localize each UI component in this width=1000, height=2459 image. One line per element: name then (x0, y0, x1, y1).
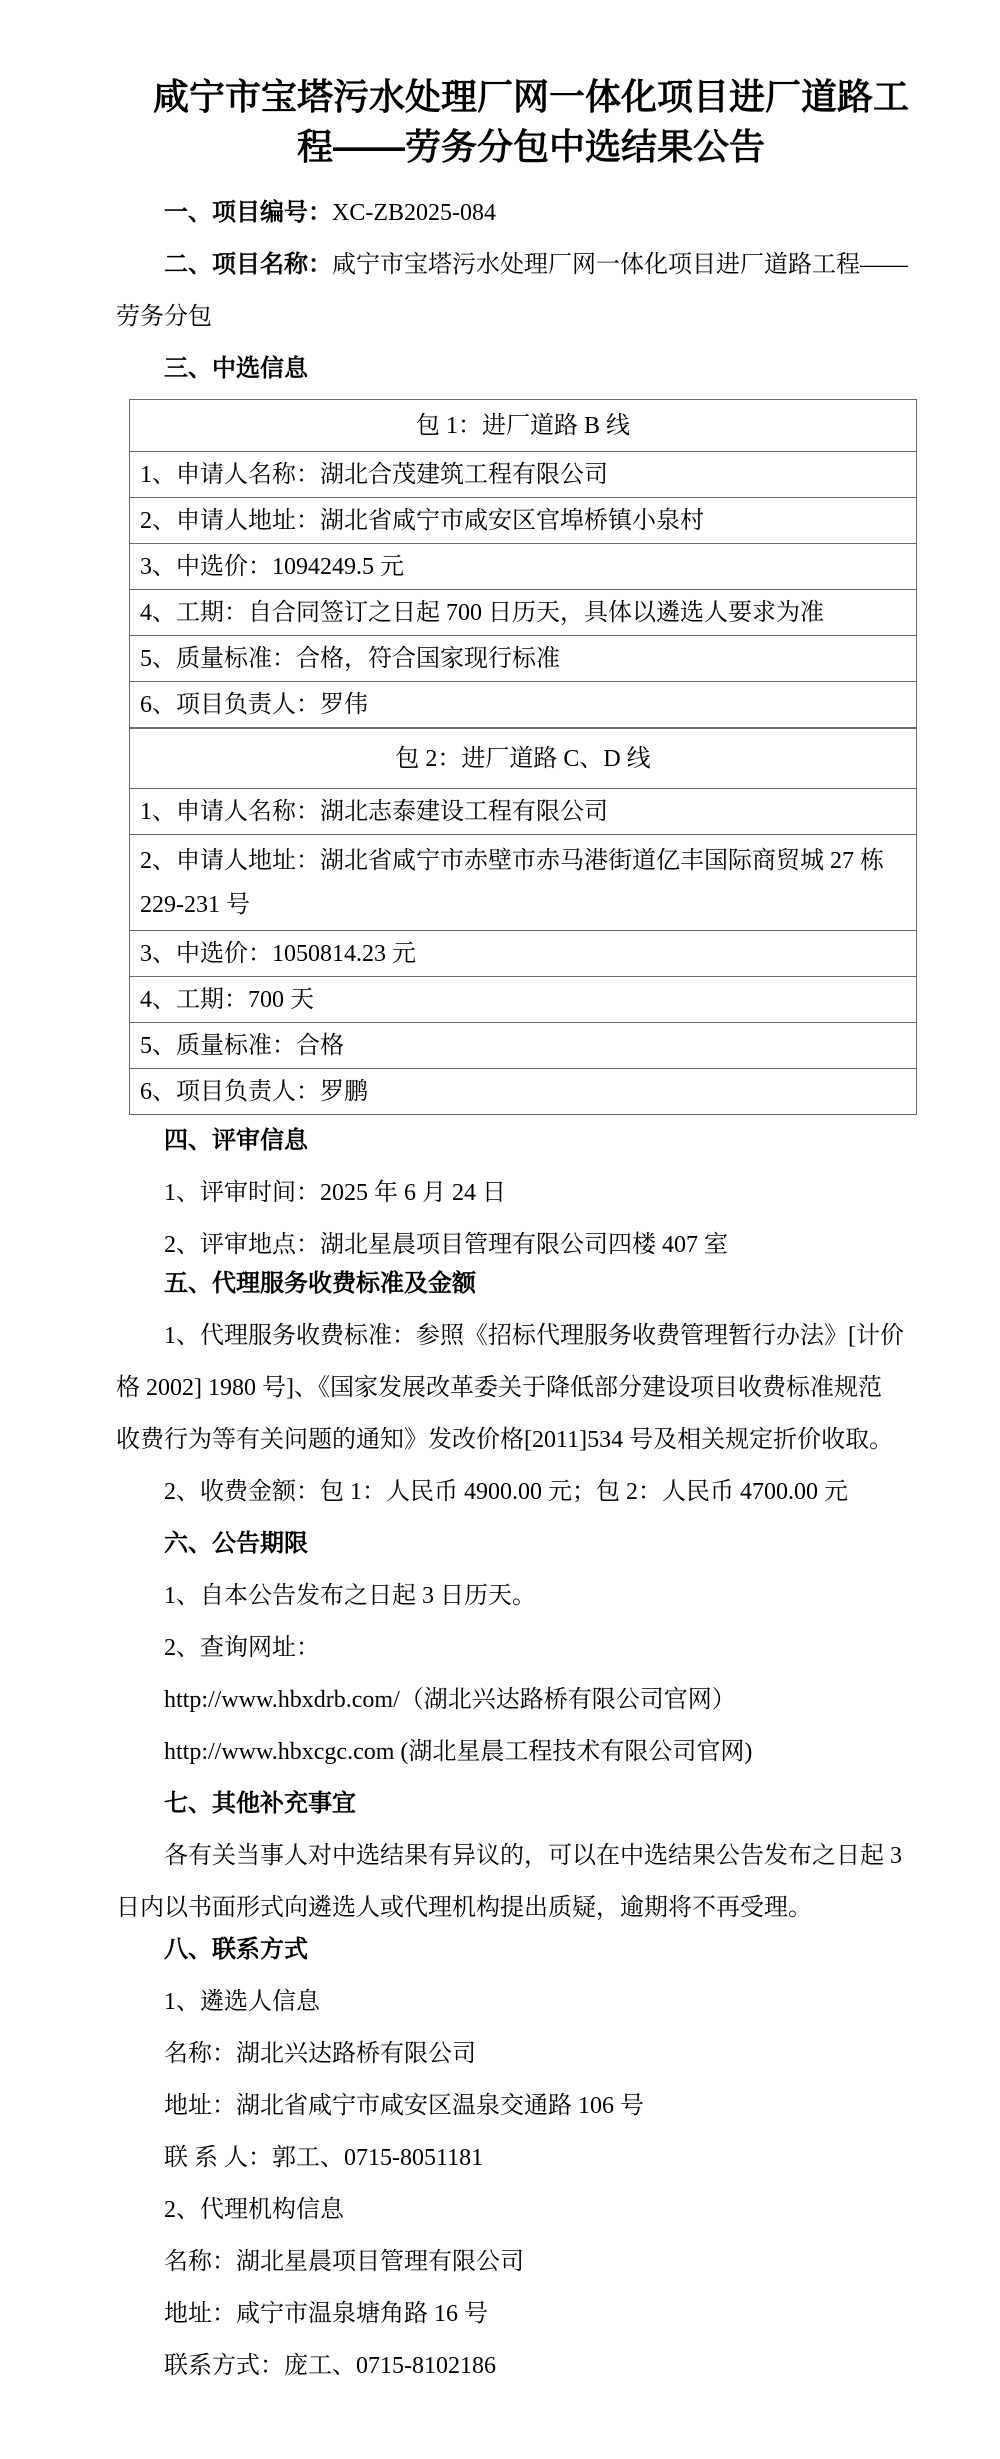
announcement-document-page: 咸宁市宝塔污水处理厂网一体化项目进厂道路工程——劳务分包中选结果公告 一、项目编… (0, 0, 1000, 2459)
project-number-paragraph: 一、项目编号：XC-ZB2025-084 (116, 187, 946, 239)
table-row: 2、申请人地址：湖北省咸宁市赤壁市赤马港街道亿丰国际商贸城 27 栋 229-2… (130, 835, 917, 931)
table-row: 1、申请人名称：湖北合茂建筑工程有限公司 (130, 452, 917, 498)
package2-header-row: 包 2：进厂道路 C、D 线 (130, 729, 917, 789)
announcement-title: 咸宁市宝塔污水处理厂网一体化项目进厂道路工程——劳务分包中选结果公告 (116, 72, 946, 172)
package1-header-row: 包 1：进厂道路 B 线 (130, 400, 917, 452)
query-url-1: http://www.hbxdrb.com/（湖北兴达路桥有限公司官网） (116, 1674, 946, 1726)
agency-name-paragraph: 名称：湖北星晨项目管理有限公司 (116, 2236, 946, 2288)
package2-winning-price-cell: 3、中选价：1050814.23 元 (130, 931, 917, 977)
review-time-paragraph: 1、评审时间：2025 年 6 月 24 日 (116, 1167, 946, 1219)
table-row: 3、中选价：1050814.23 元 (130, 931, 917, 977)
project-number-value: XC-ZB2025-084 (332, 200, 496, 226)
package2-table: 包 2：进厂道路 C、D 线 1、申请人名称：湖北志泰建设工程有限公司 2、申请… (129, 728, 917, 1115)
project-number-label: 一、项目编号： (164, 200, 332, 226)
selector-info-subheading: 1、遴选人信息 (116, 1976, 946, 2028)
package2-header-cell: 包 2：进厂道路 C、D 线 (130, 729, 917, 789)
table-row: 1、申请人名称：湖北志泰建设工程有限公司 (130, 789, 917, 835)
agency-address-paragraph: 地址：咸宁市温泉塘角路 16 号 (116, 2288, 946, 2340)
table-row: 2、申请人地址：湖北省咸宁市咸安区官埠桥镇小泉村 (130, 498, 917, 544)
project-name-label: 二、项目名称： (164, 252, 332, 278)
table-row: 4、工期：自合同签订之日起 700 日历天，具体以遴选人要求为准 (130, 590, 917, 636)
section-heading-selection-info: 三、中选信息 (116, 343, 946, 395)
package1-project-manager-cell: 6、项目负责人：罗伟 (130, 682, 917, 728)
project-name-paragraph: 二、项目名称：咸宁市宝塔污水处理厂网一体化项目进厂道路工程—— 劳务分包 (116, 239, 946, 343)
agency-info-subheading: 2、代理机构信息 (116, 2184, 946, 2236)
package2-quality-standard-cell: 5、质量标准：合格 (130, 1023, 917, 1069)
announcement-title-line-1: 咸宁市宝塔污水处理厂网一体化项目进厂道路工 (116, 72, 946, 122)
announcement-title-line-2: 程——劳务分包中选结果公告 (116, 122, 946, 172)
selector-name-paragraph: 名称：湖北兴达路桥有限公司 (116, 2028, 946, 2080)
package1-applicant-name-cell: 1、申请人名称：湖北合茂建筑工程有限公司 (130, 452, 917, 498)
query-url-label-paragraph: 2、查询网址： (116, 1622, 946, 1674)
package1-header-cell: 包 1：进厂道路 B 线 (130, 400, 917, 452)
package2-applicant-name-cell: 1、申请人名称：湖北志泰建设工程有限公司 (130, 789, 917, 835)
package2-applicant-address-cell: 2、申请人地址：湖北省咸宁市赤壁市赤马港街道亿丰国际商贸城 27 栋 229-2… (130, 835, 917, 931)
query-url-2: http://www.hbxcgc.com (湖北星晨工程技术有限公司官网) (116, 1726, 946, 1778)
package1-applicant-address-cell: 2、申请人地址：湖北省咸宁市咸安区官埠桥镇小泉村 (130, 498, 917, 544)
package1-winning-price-cell: 3、中选价：1094249.5 元 (130, 544, 917, 590)
package2-duration-cell: 4、工期：700 天 (130, 977, 917, 1023)
table-row: 5、质量标准：合格，符合国家现行标准 (130, 636, 917, 682)
section-heading-announcement-period: 六、公告期限 (116, 1518, 946, 1570)
selector-address-paragraph: 地址：湖北省咸宁市咸安区温泉交通路 106 号 (116, 2080, 946, 2132)
package1-duration-cell: 4、工期：自合同签订之日起 700 日历天，具体以遴选人要求为准 (130, 590, 917, 636)
table-row: 4、工期：700 天 (130, 977, 917, 1023)
section-heading-review-info: 四、评审信息 (116, 1115, 946, 1167)
table-row: 3、中选价：1094249.5 元 (130, 544, 917, 590)
table-row: 6、项目负责人：罗鹏 (130, 1069, 917, 1115)
agency-fee-standard-paragraph: 1、代理服务收费标准：参照《招标代理服务收费管理暂行办法》[计价 格 2002]… (116, 1310, 946, 1466)
table-row: 5、质量标准：合格 (130, 1023, 917, 1069)
package1-table: 包 1：进厂道路 B 线 1、申请人名称：湖北合茂建筑工程有限公司 2、申请人地… (129, 399, 917, 728)
agency-contact-paragraph: 联系方式：庞工、0715-8102186 (116, 2340, 946, 2392)
section-heading-other-matters: 七、其他补充事宜 (116, 1778, 946, 1830)
objection-notice-paragraph: 各有关当事人对中选结果有异议的，可以在中选结果公告发布之日起 3 日内以书面形式… (116, 1830, 946, 1934)
table-row: 6、项目负责人：罗伟 (130, 682, 917, 728)
package2-project-manager-cell: 6、项目负责人：罗鹏 (130, 1069, 917, 1115)
announcement-period-paragraph: 1、自本公告发布之日起 3 日历天。 (116, 1570, 946, 1622)
agency-fee-amount-paragraph: 2、收费金额：包 1：人民币 4900.00 元；包 2：人民币 4700.00… (116, 1466, 946, 1518)
selector-contact-paragraph: 联 系 人：郭工、0715-8051181 (116, 2132, 946, 2184)
package1-quality-standard-cell: 5、质量标准：合格，符合国家现行标准 (130, 636, 917, 682)
